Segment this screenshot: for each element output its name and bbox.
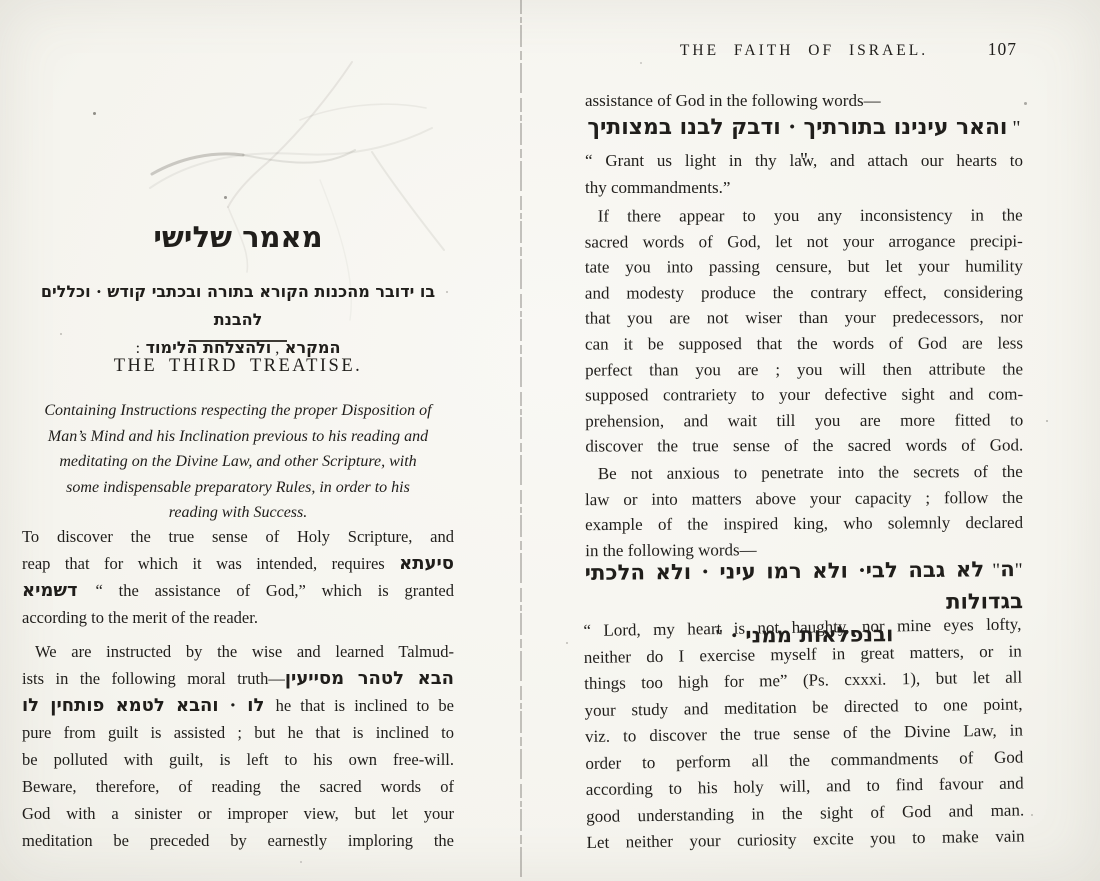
hebrew-treatise-title: מאמר שלישי — [22, 220, 454, 255]
summary-line: Man’s Mind and his Inclination previous … — [22, 424, 454, 450]
paragraph-psalm-translation: “ Lord, my heart is not haughty, nor min… — [583, 612, 1024, 857]
body-line: reap that for which it was intended, req… — [22, 550, 454, 577]
hebrew-subtitle-line: בו ידובר מהכנות הקורא בתורה ובכתבי קודש … — [22, 278, 454, 334]
body-line: that you are not wiser than your predece… — [585, 305, 1023, 332]
body-line: prehension, and wait till you are more f… — [585, 407, 1023, 434]
body-line: tate you into passing censure, but let y… — [585, 254, 1023, 281]
body-line: Beware, therefore, of reading the sacred… — [22, 773, 454, 800]
page-number: 107 — [988, 39, 1017, 60]
paragraph-talmudists: We are instructed by the wise and learne… — [22, 638, 454, 854]
quote-translation-grant: “ Grant us light in thy law, and attach … — [585, 148, 1023, 201]
paragraph-inconsistency: If there appear to you any inconsistency… — [585, 202, 1024, 459]
body-line: supposed contrariety to your defective s… — [585, 382, 1023, 409]
right-page: THE FAITH OF ISRAEL. 107 assistance of G… — [585, 0, 1023, 881]
body-line: Be not anxious to penetrate into the sec… — [585, 459, 1023, 487]
body-line: perfect than you are ; you will then att… — [585, 356, 1023, 383]
body-line: discover the true sense of the sacred wo… — [585, 433, 1023, 460]
body-line: If there appear to you any inconsistency… — [585, 202, 1023, 229]
body-line: דשמיא “ the assistance of God,” which is… — [22, 577, 454, 604]
hebrew-subtitle: בו ידובר מהכנות הקורא בתורה ובכתבי קודש … — [22, 278, 454, 362]
paper-speck — [1024, 102, 1027, 105]
summary-line: meditating on the Divine Law, and other … — [22, 449, 454, 475]
page-gutter-line — [520, 0, 522, 881]
left-page: מאמר שלישי בו ידובר מהכנות הקורא בתורה ו… — [22, 0, 454, 881]
treatise-summary: Containing Instructions respecting the p… — [22, 398, 454, 526]
body-line: Let neither your curiosity excite you to… — [586, 823, 1024, 856]
body-line: example of the inspired king, who solemn… — [585, 510, 1023, 538]
body-line: God with a sinister or improper view, bu… — [22, 800, 454, 827]
paper-speck — [566, 642, 568, 644]
paragraph-assistance-of-god: To discover the true sense of Holy Scrip… — [22, 523, 454, 631]
summary-line: reading with Success. — [22, 500, 454, 526]
body-line: pure from guilt is assisted ; but he tha… — [22, 719, 454, 746]
body-line: לו · והבא לטמא פותחין לו he that is incl… — [22, 692, 454, 719]
body-line: We are instructed by the wise and learne… — [22, 638, 454, 665]
body-line: and modesty produce the contrary effect,… — [585, 279, 1023, 306]
body-line: “ Grant us light in thy law, and attach … — [585, 148, 1023, 175]
summary-line: Containing Instructions respecting the p… — [22, 398, 454, 424]
body-line: be polluted with guilt, is left to his o… — [22, 746, 454, 773]
section-divider-rule — [189, 340, 287, 342]
line-assistance-of-god: assistance of God in the following words… — [585, 88, 1023, 114]
body-line: ists in the following moral truth—הבא לט… — [22, 665, 454, 692]
paper-speck — [1031, 814, 1033, 816]
body-line: according to the merit of the reader. — [22, 604, 454, 631]
paragraph-secrets: Be not anxious to penetrate into the sec… — [585, 459, 1024, 564]
paper-speck — [1046, 420, 1048, 422]
body-line: To discover the true sense of Holy Scrip… — [22, 523, 454, 550]
treatise-heading: THE THIRD TREATISE. — [22, 356, 454, 377]
body-line: thy commandments.” — [585, 175, 1023, 202]
body-line: can it be supposed that the words of God… — [585, 330, 1023, 357]
book-scan-background: מאמר שלישי בו ידובר מהכנות הקורא בתורה ו… — [0, 0, 1100, 881]
body-line: sacred words of God, let not your arroga… — [585, 228, 1023, 255]
body-line: law or into matters above your capacity … — [585, 484, 1023, 512]
body-line: meditation be preceded by earnestly impl… — [22, 827, 454, 854]
summary-line: some indispensable preparatory Rules, in… — [22, 475, 454, 501]
running-header: THE FAITH OF ISRAEL. — [585, 42, 1023, 60]
